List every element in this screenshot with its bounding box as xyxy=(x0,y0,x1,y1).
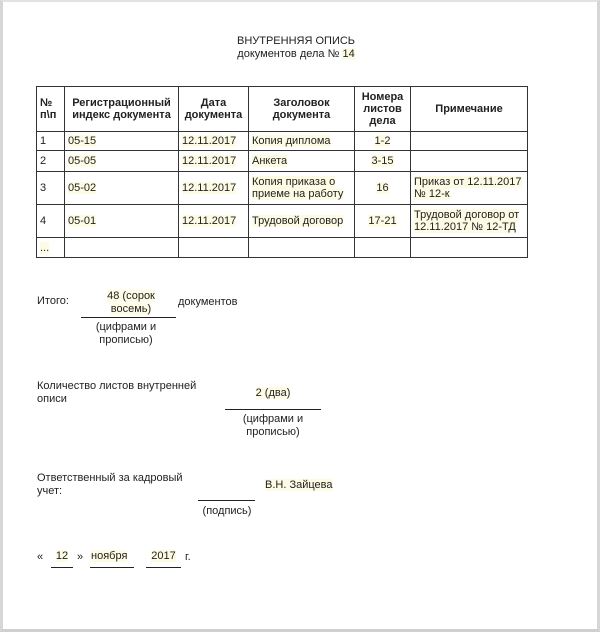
cell-number: 1 xyxy=(37,132,65,151)
cell-number: 4 xyxy=(37,205,65,238)
cell-title-value: Копия диплома xyxy=(252,135,331,147)
date-year-underline xyxy=(146,567,181,568)
cell-title: Анкета xyxy=(249,151,355,172)
date-year-suffix: г. xyxy=(185,551,191,564)
cell-title-value: Копия приказа о приеме на работу xyxy=(252,176,343,200)
date-month-wrap: ноября xyxy=(91,550,135,563)
cell-index-value: 05-05 xyxy=(68,155,96,167)
cell-title: Копия диплома xyxy=(249,132,355,151)
sheets-count-label: Количество листов внутренней описи xyxy=(37,380,197,406)
responsible-name-wrap: В.Н. Зайцева xyxy=(265,479,333,492)
cell-note-value: Приказ от 12.11.2017 № 12-к xyxy=(414,176,522,200)
table-row: ... xyxy=(37,238,528,258)
cell-number: ... xyxy=(37,238,65,258)
cell-sheets-value: 16 xyxy=(376,182,388,194)
responsible-name: В.Н. Зайцева xyxy=(265,479,333,491)
sheets-count-value: 2 (два) xyxy=(256,387,291,399)
date-day-underline xyxy=(51,567,73,568)
cell-index: 05-05 xyxy=(65,151,179,172)
cell-index xyxy=(65,238,179,258)
subtitle-prefix: документов дела № xyxy=(237,48,339,60)
cell-note: Приказ от 12.11.2017 № 12-к xyxy=(411,172,528,205)
total-label: Итого: xyxy=(37,295,69,308)
cell-sheets: 17-21 xyxy=(355,205,411,238)
cell-sheets-value: 17-21 xyxy=(368,215,396,227)
total-suffix: документов xyxy=(178,296,237,309)
date-day: 12 xyxy=(56,550,68,562)
cell-number-value: 1 xyxy=(40,135,46,147)
cell-number-value: 3 xyxy=(40,182,46,194)
cell-number-value: 2 xyxy=(40,155,46,167)
cell-date-value: 12.11.2017 xyxy=(182,182,236,194)
cell-index: 05-15 xyxy=(65,132,179,151)
signature-line xyxy=(198,500,255,501)
cell-sheets xyxy=(355,238,411,258)
cell-index-value: 05-15 xyxy=(68,135,96,147)
date-month-underline xyxy=(90,567,134,568)
responsible-label: Ответственный за кадровый учет: xyxy=(37,472,187,498)
sheets-count-underline xyxy=(225,409,321,410)
sheets-count-value-wrap: 2 (два) xyxy=(225,387,321,400)
cell-date-value: 12.11.2017 xyxy=(182,135,236,147)
cell-sheets: 1-2 xyxy=(355,132,411,151)
cell-title: Копия приказа о приеме на работу xyxy=(249,172,355,205)
document-subtitle: документов дела № 14 xyxy=(0,48,596,61)
cell-date: 12.11.2017 xyxy=(179,132,249,151)
table-row: 105-1512.11.2017Копия диплома1-2 xyxy=(37,132,528,151)
cell-sheets-value: 1-2 xyxy=(375,135,391,147)
cell-number: 2 xyxy=(37,151,65,172)
cell-title-value: Трудовой договор xyxy=(252,215,343,227)
cell-number-value: ... xyxy=(40,242,49,254)
date-day-wrap: 12 xyxy=(51,550,73,563)
inventory-table: № п\п Регистрационный индекс документа Д… xyxy=(36,86,528,258)
cell-number: 3 xyxy=(37,172,65,205)
cell-note xyxy=(411,151,528,172)
date-month: ноября xyxy=(91,550,127,562)
date-open-quote: « xyxy=(37,551,43,564)
cell-date-value: 12.11.2017 xyxy=(182,215,236,227)
sheets-count-hint: (цифрами и прописью) xyxy=(228,413,318,439)
cell-note-value: Трудовой договор от 12.11.2017 № 12-ТД xyxy=(414,209,519,233)
cell-sheets: 16 xyxy=(355,172,411,205)
col-header-date: Дата документа xyxy=(179,87,249,132)
total-hint: (цифрами и прописью) xyxy=(86,321,166,347)
table-header-row: № п\п Регистрационный индекс документа Д… xyxy=(37,87,528,132)
col-header-note: Примечание xyxy=(411,87,528,132)
cell-title: Трудовой договор xyxy=(249,205,355,238)
col-header-title: Заголовок документа xyxy=(249,87,355,132)
signature-hint: (подпись) xyxy=(193,505,261,518)
date-year-wrap: 2017 xyxy=(146,550,181,563)
total-value-wrap: 48 (сорок восемь) xyxy=(96,290,166,316)
col-header-index: Регистрационный индекс документа xyxy=(65,87,179,132)
table-row: 405-0112.11.2017Трудовой договор17-21Тру… xyxy=(37,205,528,238)
cell-title-value: Анкета xyxy=(252,155,287,167)
total-value: 48 (сорок восемь) xyxy=(107,290,155,315)
total-underline xyxy=(81,317,176,318)
cell-index: 05-01 xyxy=(65,205,179,238)
cell-date: 12.11.2017 xyxy=(179,172,249,205)
cell-title xyxy=(249,238,355,258)
col-header-sheets: Номера листов дела xyxy=(355,87,411,132)
table-row: 305-0212.11.2017Копия приказа о приеме н… xyxy=(37,172,528,205)
cell-note xyxy=(411,238,528,258)
cell-sheets: 3-15 xyxy=(355,151,411,172)
cell-note xyxy=(411,132,528,151)
table-row: 205-0512.11.2017Анкета3-15 xyxy=(37,151,528,172)
date-close-quote: » xyxy=(77,551,83,564)
col-header-number: № п\п xyxy=(37,87,65,132)
cell-date: 12.11.2017 xyxy=(179,151,249,172)
date-year: 2017 xyxy=(151,550,175,562)
cell-date xyxy=(179,238,249,258)
document-title: ВНУТРЕННЯЯ ОПИСЬ xyxy=(0,35,596,48)
cell-index: 05-02 xyxy=(65,172,179,205)
case-number: 14 xyxy=(342,48,354,60)
cell-index-value: 05-02 xyxy=(68,182,96,194)
cell-number-value: 4 xyxy=(40,215,46,227)
cell-date: 12.11.2017 xyxy=(179,205,249,238)
cell-note: Трудовой договор от 12.11.2017 № 12-ТД xyxy=(411,205,528,238)
cell-date-value: 12.11.2017 xyxy=(182,155,236,167)
cell-sheets-value: 3-15 xyxy=(371,155,393,167)
cell-index-value: 05-01 xyxy=(68,215,96,227)
